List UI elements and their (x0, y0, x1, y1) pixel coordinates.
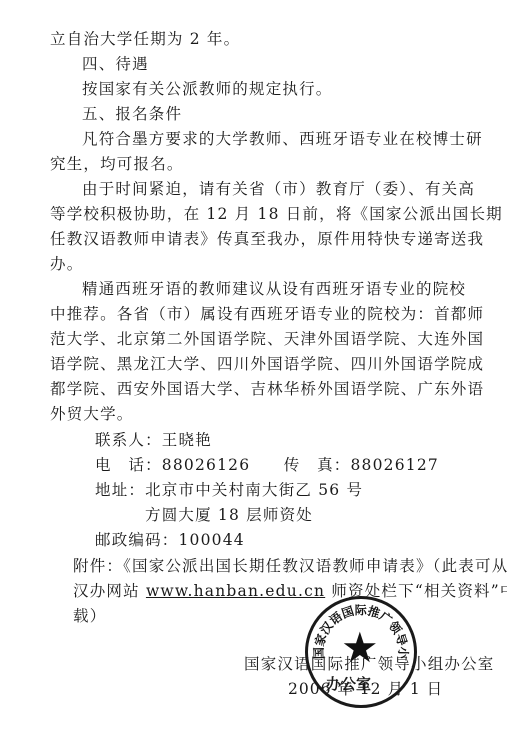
body-line: 都学院、西安外国语大学、吉林华桥外国语学院、广东外语 (50, 379, 484, 399)
body-line: 中推荐。各省（市）属设有西班牙语专业的院校为：首都师 (50, 304, 484, 324)
contact-phone-fax: 电 话：88026126 传 真：88026127 (95, 455, 439, 475)
body-line: 范大学、北京第二外国语学院、天津外国语学院、大连外国 (50, 329, 484, 349)
body-line: 精通西班牙语的教师建议从设有西班牙语专业的院校 (82, 279, 466, 299)
body-line: 语学院、黑龙江大学、四川外国语学院、四川外国语学院成 (50, 354, 484, 374)
body-line: 究生，均可报名。 (50, 154, 184, 174)
body-line: 办。 (50, 254, 83, 274)
contact-postcode: 邮政编码：100044 (95, 530, 245, 550)
body-line: 外贸大学。 (50, 404, 134, 424)
contact-address: 地址：北京市中关村南大街乙 56 号 (95, 480, 363, 500)
body-line: 凡符合墨方要求的大学教师、西班牙语专业在校博士研 (82, 129, 483, 149)
official-seal: 国家汉语国际推广领导小组 ★ 办公室 (305, 596, 417, 708)
body-line: 按国家有关公派教师的规定执行。 (82, 79, 333, 99)
contact-address-line2: 方圆大厦 18 层师资处 (145, 505, 313, 525)
attachment-text: 汉办网站 (73, 582, 146, 600)
contact-person: 联系人：王晓艳 (95, 430, 212, 450)
body-line: 由于时间紧迫，请有关省（市）教育厅（委）、有关高 (82, 179, 475, 199)
seal-bottom-text: 办公室 (326, 673, 371, 694)
body-line: 任教汉语教师申请表》传真至我办，原件用特快专递寄送我 (50, 229, 484, 249)
attachment-line: 载） (73, 606, 106, 626)
star-icon: ★ (341, 627, 379, 669)
body-line: 等学校积极协助，在 12 月 18 日前，将《国家公派出国长期 (50, 204, 503, 224)
attachment-line: 附件：《国家公派出国长期任教汉语教师申请表》（此表可从 (73, 556, 507, 576)
section-heading-requirements: 五、报名条件 (82, 104, 182, 124)
document-page: 立自治大学任期为 2 年。 四、待遇 按国家有关公派教师的规定执行。 五、报名条… (0, 0, 507, 750)
hanban-website-link[interactable]: www.hanban.edu.cn (146, 582, 325, 600)
attachment-line: 汉办网站 www.hanban.edu.cn 师资处栏下“相关资料”中下 (73, 581, 507, 601)
body-line: 立自治大学任期为 2 年。 (50, 29, 240, 49)
section-heading-benefits: 四、待遇 (82, 54, 149, 74)
